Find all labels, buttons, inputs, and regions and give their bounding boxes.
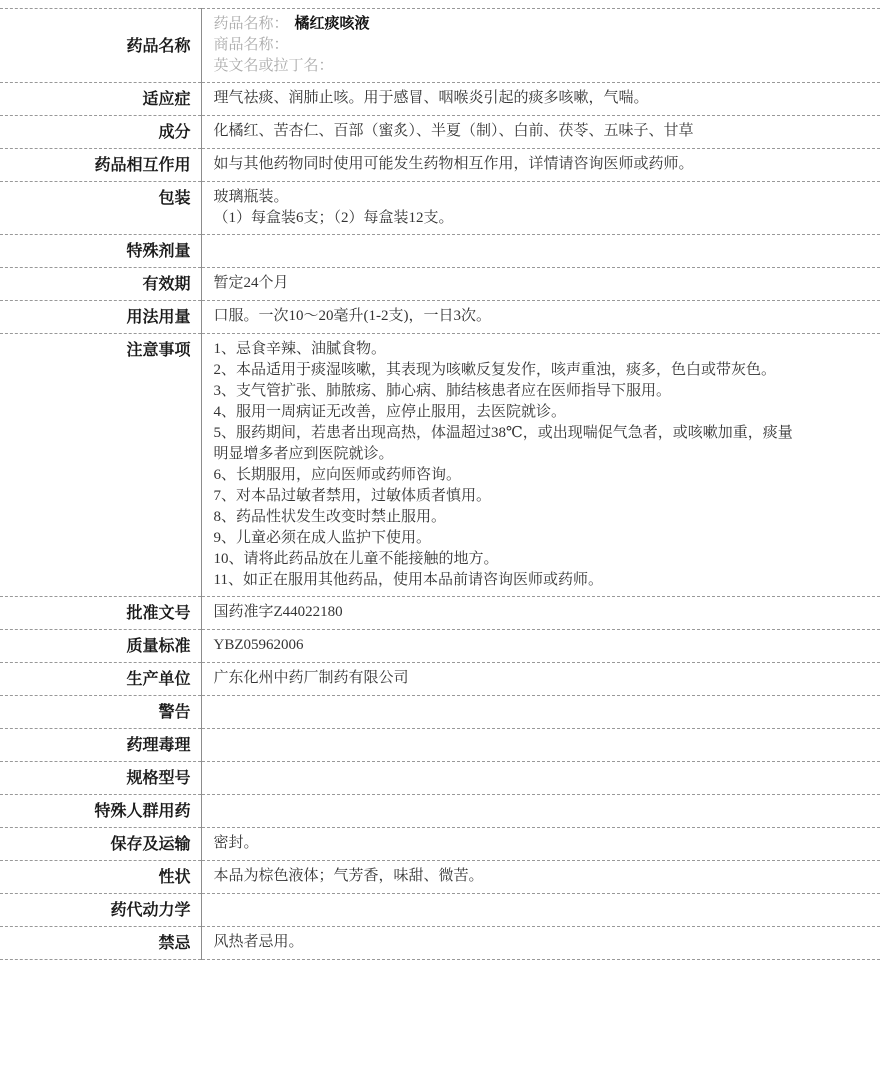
table-row: 适应症 理气祛痰、润肺止咳。用于感冒、咽喉炎引起的痰多咳嗽，气喘。 (0, 83, 880, 116)
table-row: 药品名称 药品名称：橘红痰咳液商品名称：英文名或拉丁名： (0, 9, 880, 83)
value-line: 口服。一次10～20毫升(1-2支)，一日3次。 (214, 306, 869, 327)
row-value: 药品名称：橘红痰咳液商品名称：英文名或拉丁名： (201, 9, 880, 83)
row-value (201, 729, 880, 762)
row-value (201, 696, 880, 729)
row-value (201, 795, 880, 828)
value-line: 6、长期服用，应向医师或药师咨询。 (214, 465, 869, 486)
value-line: 4、服用一周病证无改善，应停止服用，去医院就诊。 (214, 402, 869, 423)
value-line: 10、请将此药品放在儿童不能接触的地方。 (214, 549, 869, 570)
row-label: 特殊人群用药 (0, 795, 201, 828)
value-line: 明显增多者应到医院就诊。 (214, 444, 869, 465)
value-line: 国药准字Z44022180 (214, 602, 869, 623)
row-value: 广东化州中药厂制药有限公司 (201, 663, 880, 696)
table-row: 有效期 暂定24个月 (0, 268, 880, 301)
row-value: 密封。 (201, 828, 880, 861)
table-row: 禁忌 风热者忌用。 (0, 927, 880, 960)
row-value: 口服。一次10～20毫升(1-2支)，一日3次。 (201, 301, 880, 334)
row-label: 药品相互作用 (0, 149, 201, 182)
table-row: 特殊人群用药 (0, 795, 880, 828)
value-line: 本品为棕色液体；气芳香，味甜、微苦。 (214, 866, 869, 887)
value-line: 理气祛痰、润肺止咳。用于感冒、咽喉炎引起的痰多咳嗽，气喘。 (214, 88, 869, 109)
row-value: 化橘红、苦杏仁、百部（蜜炙）、半夏（制）、白前、茯苓、五味子、甘草 (201, 116, 880, 149)
row-label: 保存及运输 (0, 828, 201, 861)
value-line: 暂定24个月 (214, 273, 869, 294)
row-label: 注意事项 (0, 334, 201, 597)
field-prefix: 英文名或拉丁名： (214, 58, 334, 74)
row-label: 规格型号 (0, 762, 201, 795)
row-label: 特殊剂量 (0, 235, 201, 268)
value-line: 7、对本品过敏者禁用，过敏体质者慎用。 (214, 486, 869, 507)
value-line: （1）每盒装6支；（2）每盒装12支。 (214, 208, 869, 229)
value-line: 2、本品适用于痰湿咳嗽，其表现为咳嗽反复发作，咳声重浊，痰多，色白或带灰色。 (214, 360, 869, 381)
table-body: 药品名称 药品名称：橘红痰咳液商品名称：英文名或拉丁名： 适应症 理气祛痰、润肺… (0, 9, 880, 960)
row-label: 禁忌 (0, 927, 201, 960)
row-label: 生产单位 (0, 663, 201, 696)
row-label: 药代动力学 (0, 894, 201, 927)
row-value (201, 762, 880, 795)
value-line: 风热者忌用。 (214, 932, 869, 953)
row-label: 适应症 (0, 83, 201, 116)
row-value (201, 235, 880, 268)
table-row: 特殊剂量 (0, 235, 880, 268)
row-value (201, 894, 880, 927)
table-row: 规格型号 (0, 762, 880, 795)
table-row: 质量标准 YBZ05962006 (0, 630, 880, 663)
value-line: 英文名或拉丁名： (214, 56, 869, 77)
value-line: YBZ05962006 (214, 635, 869, 656)
value-line: 如与其他药物同时使用可能发生药物相互作用，详情请咨询医师或药师。 (214, 154, 869, 175)
row-value: 1、忌食辛辣、油腻食物。2、本品适用于痰湿咳嗽，其表现为咳嗽反复发作，咳声重浊，… (201, 334, 880, 597)
value-line: 5、服药期间，若患者出现高热，体温超过38℃，或出现喘促气急者，或咳嗽加重，痰量 (214, 423, 869, 444)
value-line: 玻璃瓶装。 (214, 187, 869, 208)
field-prefix: 药品名称： (214, 16, 289, 32)
row-label: 批准文号 (0, 597, 201, 630)
row-label: 药理毒理 (0, 729, 201, 762)
table-row: 注意事项 1、忌食辛辣、油腻食物。2、本品适用于痰湿咳嗽，其表现为咳嗽反复发作，… (0, 334, 880, 597)
row-label: 包装 (0, 182, 201, 235)
row-label: 质量标准 (0, 630, 201, 663)
value-line: 3、支气管扩张、肺脓疡、肺心病、肺结核患者应在医师指导下服用。 (214, 381, 869, 402)
table-row: 生产单位 广东化州中药厂制药有限公司 (0, 663, 880, 696)
value-line: 1、忌食辛辣、油腻食物。 (214, 339, 869, 360)
row-label: 性状 (0, 861, 201, 894)
row-value: 本品为棕色液体；气芳香，味甜、微苦。 (201, 861, 880, 894)
table-row: 批准文号 国药准字Z44022180 (0, 597, 880, 630)
row-value: 国药准字Z44022180 (201, 597, 880, 630)
table-row: 药理毒理 (0, 729, 880, 762)
row-label: 成分 (0, 116, 201, 149)
field-prefix: 商品名称： (214, 37, 289, 53)
value-line: 8、药品性状发生改变时禁止服用。 (214, 507, 869, 528)
row-label: 药品名称 (0, 9, 201, 83)
row-label: 用法用量 (0, 301, 201, 334)
table-row: 包装 玻璃瓶装。（1）每盒装6支；（2）每盒装12支。 (0, 182, 880, 235)
table-row: 保存及运输 密封。 (0, 828, 880, 861)
value-line: 密封。 (214, 833, 869, 854)
row-label: 有效期 (0, 268, 201, 301)
value-line: 商品名称： (214, 35, 869, 56)
value-line: 药品名称：橘红痰咳液 (214, 14, 869, 35)
row-label: 警告 (0, 696, 201, 729)
drug-info-page: 药品名称 药品名称：橘红痰咳液商品名称：英文名或拉丁名： 适应症 理气祛痰、润肺… (0, 0, 880, 1080)
value-line: 广东化州中药厂制药有限公司 (214, 668, 869, 689)
row-value: YBZ05962006 (201, 630, 880, 663)
row-value: 如与其他药物同时使用可能发生药物相互作用，详情请咨询医师或药师。 (201, 149, 880, 182)
value-line: 11、如正在服用其他药品，使用本品前请咨询医师或药师。 (214, 570, 869, 591)
table-row: 性状 本品为棕色液体；气芳香，味甜、微苦。 (0, 861, 880, 894)
table-row: 药品相互作用 如与其他药物同时使用可能发生药物相互作用，详情请咨询医师或药师。 (0, 149, 880, 182)
field-value: 橘红痰咳液 (295, 16, 370, 32)
value-line: 化橘红、苦杏仁、百部（蜜炙）、半夏（制）、白前、茯苓、五味子、甘草 (214, 121, 869, 142)
table-row: 药代动力学 (0, 894, 880, 927)
row-value: 玻璃瓶装。（1）每盒装6支；（2）每盒装12支。 (201, 182, 880, 235)
table-row: 用法用量 口服。一次10～20毫升(1-2支)，一日3次。 (0, 301, 880, 334)
value-line: 9、儿童必须在成人监护下使用。 (214, 528, 869, 549)
drug-info-table: 药品名称 药品名称：橘红痰咳液商品名称：英文名或拉丁名： 适应症 理气祛痰、润肺… (0, 8, 880, 960)
row-value: 理气祛痰、润肺止咳。用于感冒、咽喉炎引起的痰多咳嗽，气喘。 (201, 83, 880, 116)
row-value: 暂定24个月 (201, 268, 880, 301)
table-row: 成分 化橘红、苦杏仁、百部（蜜炙）、半夏（制）、白前、茯苓、五味子、甘草 (0, 116, 880, 149)
row-value: 风热者忌用。 (201, 927, 880, 960)
table-row: 警告 (0, 696, 880, 729)
